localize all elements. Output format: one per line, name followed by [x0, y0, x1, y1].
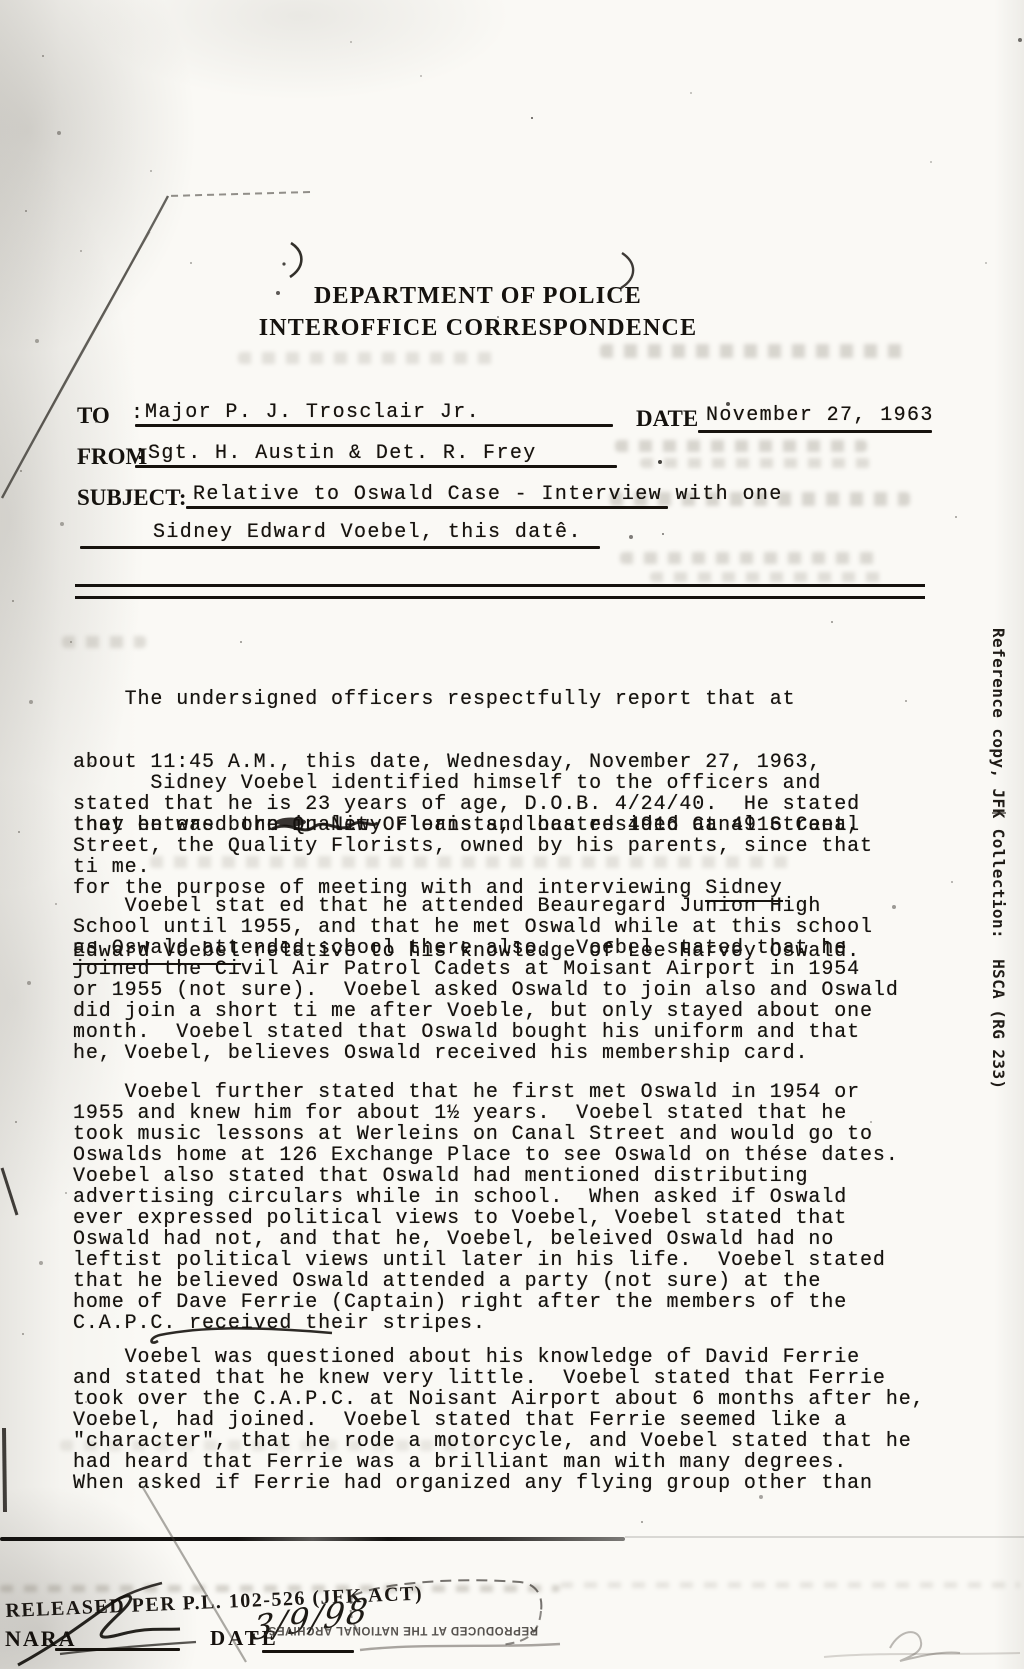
scan-marks-overlay: [0, 0, 1024, 1669]
paper-edge-diagonal: [2, 196, 168, 498]
pen-dot: [282, 262, 285, 265]
signature-stroke: [18, 1596, 180, 1665]
edge-mark: [4, 1428, 5, 1512]
stamp-smudge: [360, 1644, 560, 1650]
pencil-scribble: [890, 1632, 960, 1661]
crease-line: [142, 1486, 246, 1662]
stamp-outline: [351, 1596, 358, 1631]
stamp-outline: [500, 1611, 541, 1645]
edge-mark: [2, 1168, 17, 1215]
pen-mark-paren: [621, 253, 633, 288]
hand-underline-swoosh: [152, 1328, 333, 1342]
paper-edge-line: [168, 192, 310, 196]
pen-mark-paren: [290, 243, 301, 277]
stamp-outline: [352, 1580, 541, 1611]
signature-stroke: [60, 1642, 196, 1654]
document-page: DEPARTMENT OF POLICE INTEROFFICE CORRESP…: [0, 0, 1024, 1669]
